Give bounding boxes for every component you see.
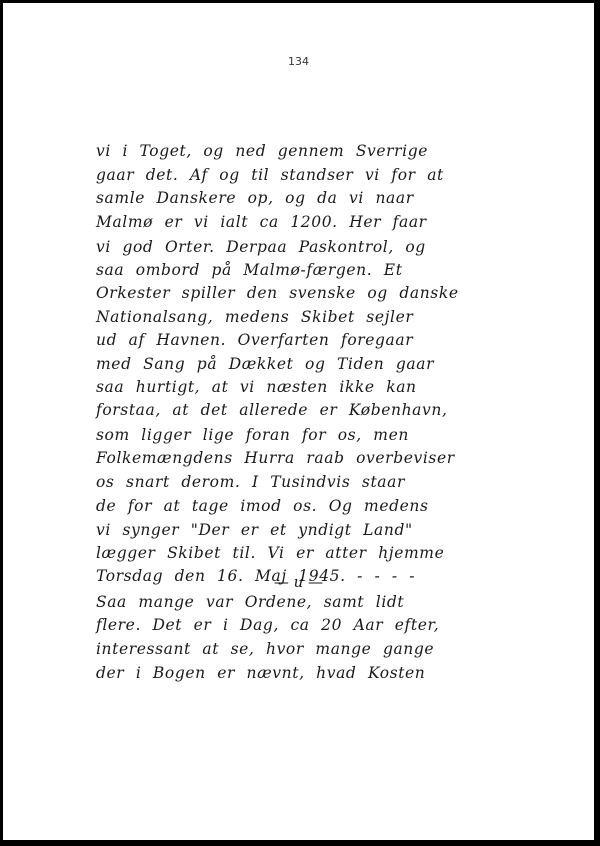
text-line: Malmø er vi ialt ca 1200. Her faar <box>96 213 536 235</box>
text-line: gaar det. Af og til standser vi for at <box>96 166 536 188</box>
text-line: forstaa, at det allerede er København, <box>96 401 536 423</box>
text-line: der i Bogen er nævnt, hvad Kosten <box>96 664 536 686</box>
text-line: med Sang på Dækket og Tiden gaar <box>96 355 536 377</box>
text-line: interessant at se, hvor mange gange <box>96 640 536 662</box>
text-line: Orkester spiller den svenske og danske <box>96 284 536 306</box>
text-line: saa ombord på Malmø-færgen. Et <box>96 261 536 283</box>
document-page: 134 vi i Toget, og ned gennem Sverrigega… <box>3 3 594 840</box>
text-line: vi synger "Der er et yndigt Land" <box>96 521 536 543</box>
text-line: vi i Toget, og ned gennem Sverrige <box>96 142 536 164</box>
text-line: saa hurtigt, at vi næsten ikke kan <box>96 378 536 400</box>
text-line: Nationalsang, medens Skibet sejler <box>96 308 536 330</box>
section-separator: — u — <box>3 573 594 591</box>
text-line: lægger Skibet til. Vi er atter hjemme <box>96 544 536 566</box>
text-line: samle Danskere op, og da vi naar <box>96 189 536 211</box>
text-line: som ligger lige foran for os, men <box>96 426 536 448</box>
page-number: 134 <box>3 55 594 68</box>
text-line: de for at tage imod os. Og medens <box>96 497 536 519</box>
text-line: Saa mange var Ordene, samt lidt <box>96 593 536 615</box>
text-line: Folkemængdens Hurra raab overbeviser <box>96 449 536 471</box>
text-line: vi god Orter. Derpaa Paskontrol, og <box>96 238 536 260</box>
text-line: flere. Det er i Dag, ca 20 Aar efter, <box>96 616 536 638</box>
text-line: ud af Havnen. Overfarten foregaar <box>96 331 536 353</box>
text-line: os snart derom. I Tusindvis staar <box>96 473 536 495</box>
